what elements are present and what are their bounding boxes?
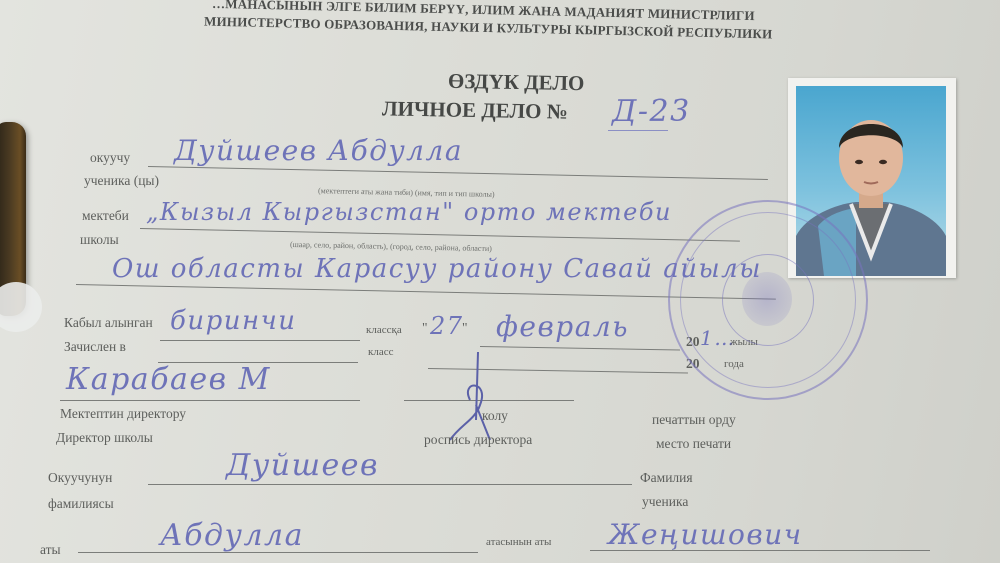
patronymic-label-ky: атасынын аты (486, 536, 551, 548)
surname-label-ru: Фамилия (640, 470, 693, 486)
class-label-ru: класс (368, 346, 393, 358)
quote-close: " (462, 320, 468, 336)
director-name: Карабаев М (66, 362, 271, 397)
number-underline (608, 130, 668, 131)
student-hint: (мектептеги аты жана тиби) (имя, тип и т… (318, 186, 495, 199)
student-label-ru: ученика (цы) (84, 173, 159, 189)
document-page: …МАНАСЫНЫН ЭЛГЕ БИЛИМ БЕРҮҮ, ИЛИМ ЖАНА М… (0, 0, 1000, 563)
grade-line (160, 340, 360, 341)
signature-label-ru: роспись директора (424, 432, 532, 448)
signature-label-ky: колу (482, 408, 508, 424)
location-value: Ош областы Карасуу району Савай айылы (112, 254, 762, 284)
director-label-ru: Директор школы (56, 430, 153, 446)
name-value: Абдулла (160, 518, 304, 553)
seal-emblem-icon (742, 272, 792, 326)
surname-value: Дуйшеев (226, 448, 379, 483)
school-line (140, 228, 740, 242)
surname-label-ru2: ученика (642, 494, 688, 510)
surname-label-ky: Окуучунун (48, 470, 112, 486)
patronymic-value: Жеңишович (608, 518, 803, 551)
admitted-label-ru: Зачислен в (64, 339, 126, 355)
school-label-ru: школы (80, 232, 119, 248)
class-label-ky: классқа (366, 324, 402, 336)
student-value: Дуйшеев Абдулла (174, 134, 463, 167)
punch-hole (0, 282, 42, 332)
school-value: „Кызыл Кыргызстан" орто мектеби (146, 198, 672, 226)
date-line (480, 346, 680, 350)
director-line (60, 400, 360, 401)
admitted-label-ky: Кабыл алынган (64, 315, 153, 331)
seal-label-ru: место печати (656, 436, 731, 452)
title-ky: ӨЗДҮК ДЕЛО (448, 69, 585, 96)
student-label-ky: окуучу (90, 150, 130, 166)
school-label-ky: мектеби (82, 208, 129, 224)
student-line (148, 166, 768, 180)
signature-scribble (430, 350, 500, 445)
seal-label-ky: печаттын орду (652, 412, 736, 428)
case-number: Д-23 (612, 94, 691, 129)
title-ru: ЛИЧНОЕ ДЕЛО № (382, 96, 568, 124)
surname-line (148, 484, 632, 485)
school-seal (668, 200, 868, 400)
name-label-ky: аты (40, 542, 61, 558)
grade-value: биринчи (170, 306, 297, 336)
quote-open: " (422, 320, 428, 336)
director-label-ky: Мектептин директору (60, 406, 186, 422)
month-value: февраль (496, 310, 629, 343)
day-value: 27 (430, 312, 464, 340)
school-hint: (шаар, село, район, область), (город, се… (290, 240, 492, 253)
surname-label-ky2: фамилиясы (48, 496, 114, 512)
